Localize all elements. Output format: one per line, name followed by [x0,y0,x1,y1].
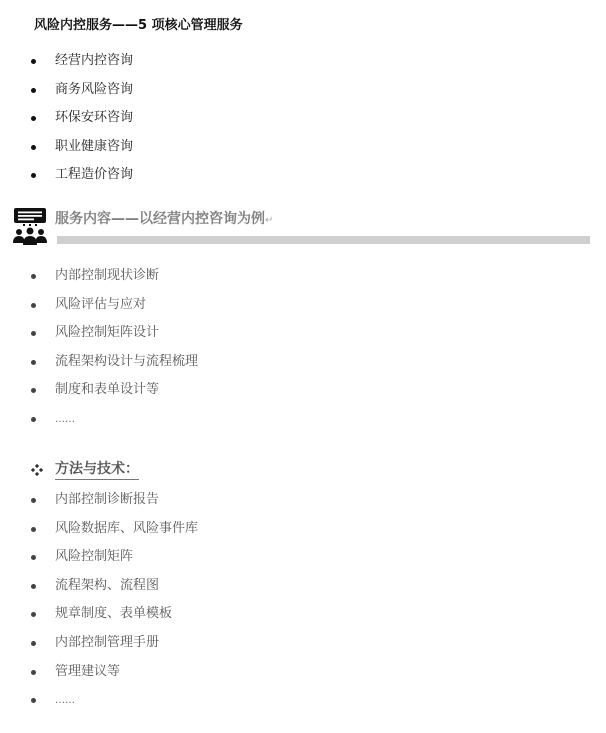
list-item-label: 职业健康咨询 [55,139,133,154]
bullet-icon [31,555,36,560]
list-item: 流程架构、流程图 [0,577,198,606]
core-services-list: 经营内控咨询 商务风险咨询 环保安环咨询 职业健康咨询 工程造价咨询 [0,52,133,195]
list-item-label: 风险数据库、风险事件库 [55,521,198,536]
list-item-label: 流程架构设计与流程梳理 [55,354,198,369]
list-item-label: 环保安环咨询 [55,110,133,125]
list-item: 规章制度、表单模板 [0,605,198,634]
list-item-label: 经营内控咨询 [55,53,133,68]
list-item: 内部控制现状诊断 [0,267,198,296]
bullet-icon [31,360,36,365]
bullet-icon [31,274,36,279]
list-item: 风险控制矩阵 [0,548,198,577]
list-item: 环保安环咨询 [0,109,133,138]
list-item: 风险控制矩阵设计 [0,324,198,353]
section-title-text: 服务内容——以经营内控咨询为例 [55,211,265,227]
bullet-icon [31,59,36,64]
bullet-icon [31,584,36,589]
list-item-label: 风险评估与应对 [55,297,146,312]
list-item: 管理建议等 [0,663,198,692]
list-item: 流程架构设计与流程梳理 [0,353,198,382]
bullet-icon [31,612,36,617]
bullet-icon [31,527,36,532]
bullet-icon [31,670,36,675]
bullet-icon [31,303,36,308]
list-item-label: 内部控制现状诊断 [55,268,159,283]
list-item: 经营内控咨询 [0,52,133,81]
list-item: 风险评估与应对 [0,296,198,325]
bullet-icon [31,498,36,503]
list-item: …… [0,691,198,720]
list-item: …… [0,410,198,439]
bullet-icon [31,698,36,703]
bullet-icon [31,417,36,422]
list-item: 制度和表单设计等 [0,381,198,410]
list-item: 职业健康咨询 [0,138,133,167]
list-item: 商务风险咨询 [0,81,133,110]
presentation-team-icon [12,207,48,247]
list-item-label: 流程架构、流程图 [55,578,159,593]
list-item-label: …… [55,695,75,706]
list-item: 内部控制诊断报告 [0,491,198,520]
methods-list: 内部控制诊断报告 风险数据库、风险事件库 风险控制矩阵 流程架构、流程图 规章制… [0,491,198,720]
bullet-icon [31,331,36,336]
paragraph-return-icon: ↵ [265,215,273,226]
list-item-label: 内部控制诊断报告 [55,492,159,507]
service-content-list: 内部控制现状诊断 风险评估与应对 风险控制矩阵设计 流程架构设计与流程梳理 制度… [0,267,198,439]
list-item-label: 管理建议等 [55,664,120,679]
bullet-icon [31,88,36,93]
list-item-label: 商务风险咨询 [55,82,133,97]
diamond-dots-icon [31,464,43,476]
bullet-icon [31,173,36,178]
list-item: 工程造价咨询 [0,166,133,195]
section-title: 服务内容——以经营内控咨询为例↵ [55,208,273,228]
list-item-label: 工程造价咨询 [55,167,133,182]
methods-title: 方法与技术： [55,461,139,480]
list-item-label: 风险控制矩阵 [55,549,133,564]
bullet-icon [31,388,36,393]
bullet-icon [31,145,36,150]
list-item-label: 风险控制矩阵设计 [55,325,159,340]
list-item: 风险数据库、风险事件库 [0,520,198,549]
list-item: 内部控制管理手册 [0,634,198,663]
section-divider-bar [57,236,590,244]
bullet-icon [31,641,36,646]
bullet-icon [31,116,36,121]
list-item-label: 制度和表单设计等 [55,382,159,397]
list-item-label: 内部控制管理手册 [55,635,159,650]
document-title: 风险内控服务——5 项核心管理服务 [34,14,243,33]
list-item-label: 规章制度、表单模板 [55,606,172,621]
section-header: 服务内容——以经营内控咨询为例↵ [12,205,592,250]
list-item-label: …… [55,414,75,425]
